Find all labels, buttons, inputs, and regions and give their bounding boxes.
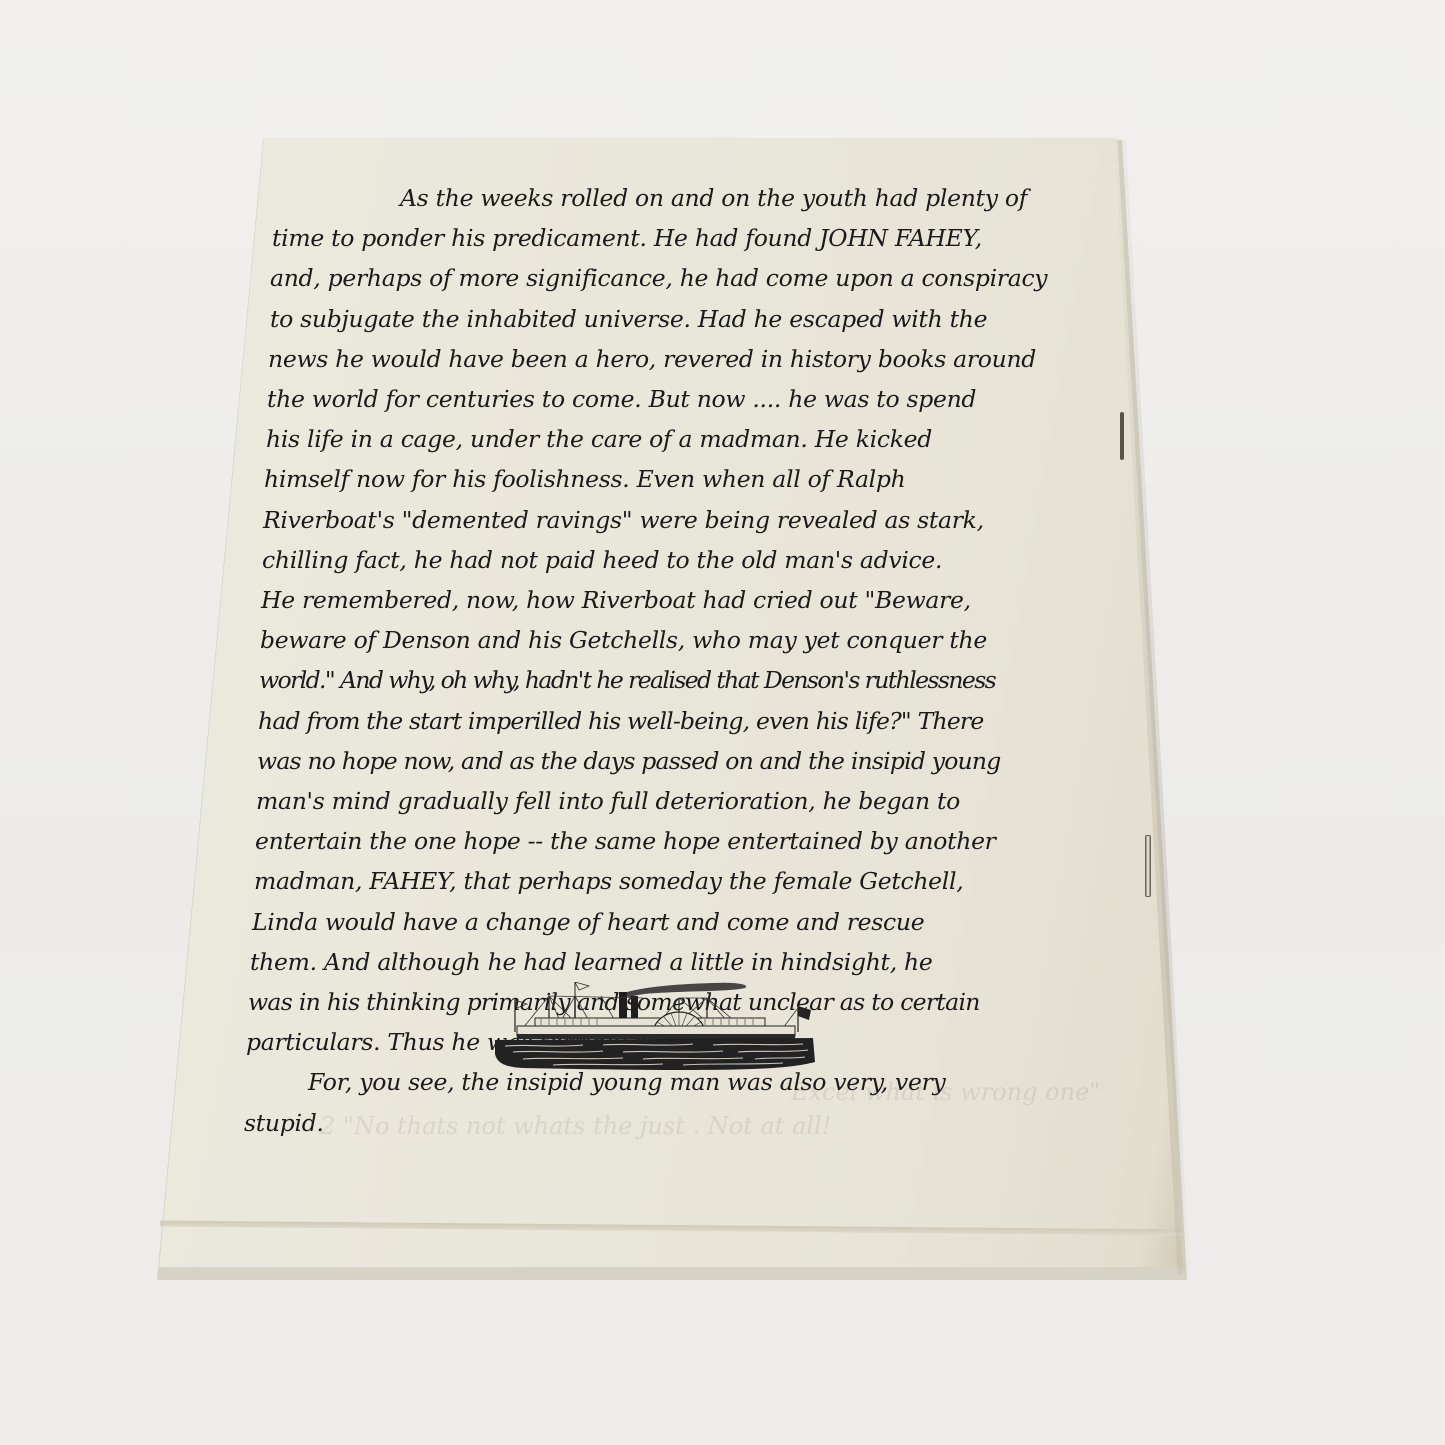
text-line: Linda would have a change of heart and c… (252, 902, 1110, 942)
text-line: He remembered, now, how Riverboat had cr… (261, 580, 1110, 620)
text-line: had from the start imperilled his well-b… (258, 701, 1110, 741)
text-line: world." And why, oh why, hadn't he reali… (259, 660, 1110, 700)
text-line: Riverboat's "demented ravings" were bein… (263, 500, 1110, 540)
text-line: time to ponder his predicament. He had f… (270, 218, 1110, 258)
text-line: As the weeks rolled on and on the youth … (270, 178, 1110, 218)
text-line: the world for centuries to come. But now… (267, 379, 1110, 419)
text-line: them. And although he had learned a litt… (250, 942, 1110, 982)
staple-icon (1145, 835, 1151, 897)
steamboat-illustration-icon (493, 982, 821, 1070)
text-line: man's mind gradually fell into full dete… (256, 781, 1110, 821)
text-line: was no hope now, and as the days passed … (257, 741, 1110, 781)
text-line: and, perhaps of more significance, he ha… (270, 258, 1110, 298)
text-line: to subjugate the inhabited universe. Had… (270, 299, 1110, 339)
text-line: entertain the one hope -- the same hope … (255, 821, 1110, 861)
text-line: himself now for his foolishness. Even wh… (264, 459, 1110, 499)
text-line: his life in a cage, under the care of a … (266, 419, 1110, 459)
text-line: news he would have been a hero, revered … (268, 339, 1110, 379)
text-line: beware of Denson and his Getchells, who … (260, 620, 1110, 660)
staple-icon (1120, 412, 1124, 460)
photo-scene: "Excel what is wrong one" 2 "No thats no… (0, 0, 1445, 1445)
text-line-content: time to ponder his predicament. He had f… (272, 224, 982, 252)
text-line: chilling fact, he had not paid heed to t… (262, 540, 1110, 580)
text-line: madman, FAHEY, that perhaps someday the … (254, 861, 1110, 901)
text-line: stupid. (244, 1103, 1110, 1143)
